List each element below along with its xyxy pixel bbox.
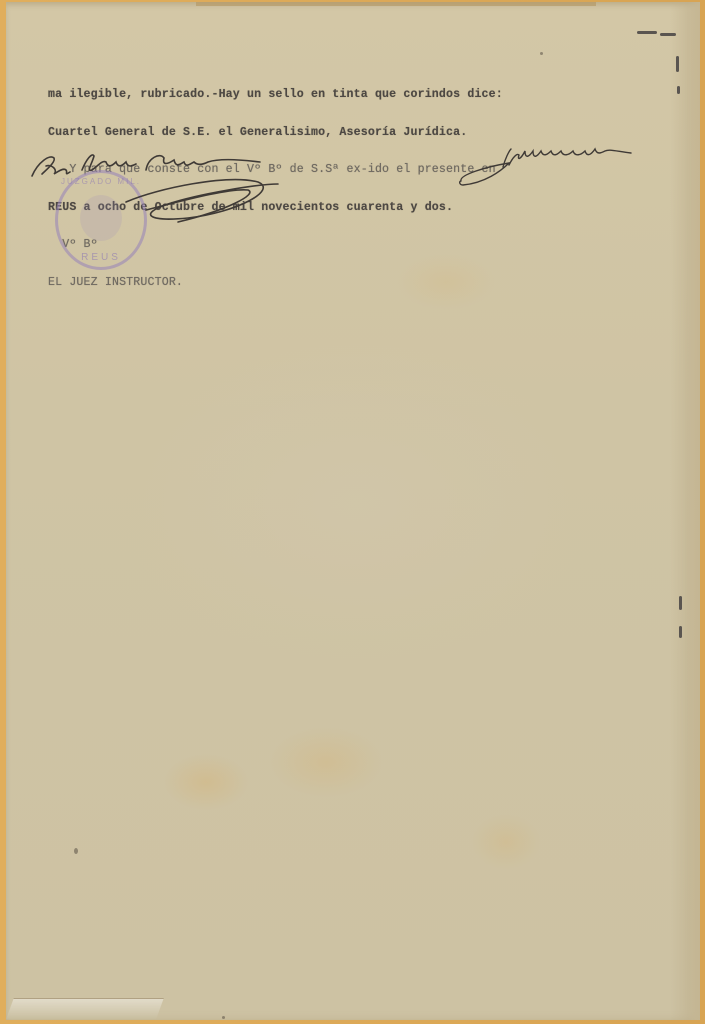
- signature-right-icon: [455, 135, 640, 195]
- stamp-bottom-text: REUS: [58, 252, 144, 263]
- staple-mark: [676, 56, 679, 72]
- page-corner-curl: [6, 998, 164, 1019]
- typed-line-6: EL JUEZ INSTRUCTOR.: [48, 277, 503, 290]
- typed-line-1: ma ilegible, rubricado.-Hay un sello en …: [48, 89, 503, 102]
- page-edge: [670, 2, 700, 1020]
- staple-mark: [679, 596, 682, 610]
- signature-left-icon: [28, 140, 288, 235]
- staple-mark: [637, 31, 657, 34]
- ink-spot: [74, 848, 78, 854]
- ink-spot: [540, 52, 543, 55]
- page-fold: [196, 2, 596, 6]
- staple-mark: [660, 33, 676, 36]
- staple-mark: [679, 626, 682, 638]
- ink-spot: [222, 1016, 225, 1019]
- typed-line-2: Cuartel General de S.E. el Generalisimo,…: [48, 127, 503, 140]
- staple-mark: [677, 86, 680, 94]
